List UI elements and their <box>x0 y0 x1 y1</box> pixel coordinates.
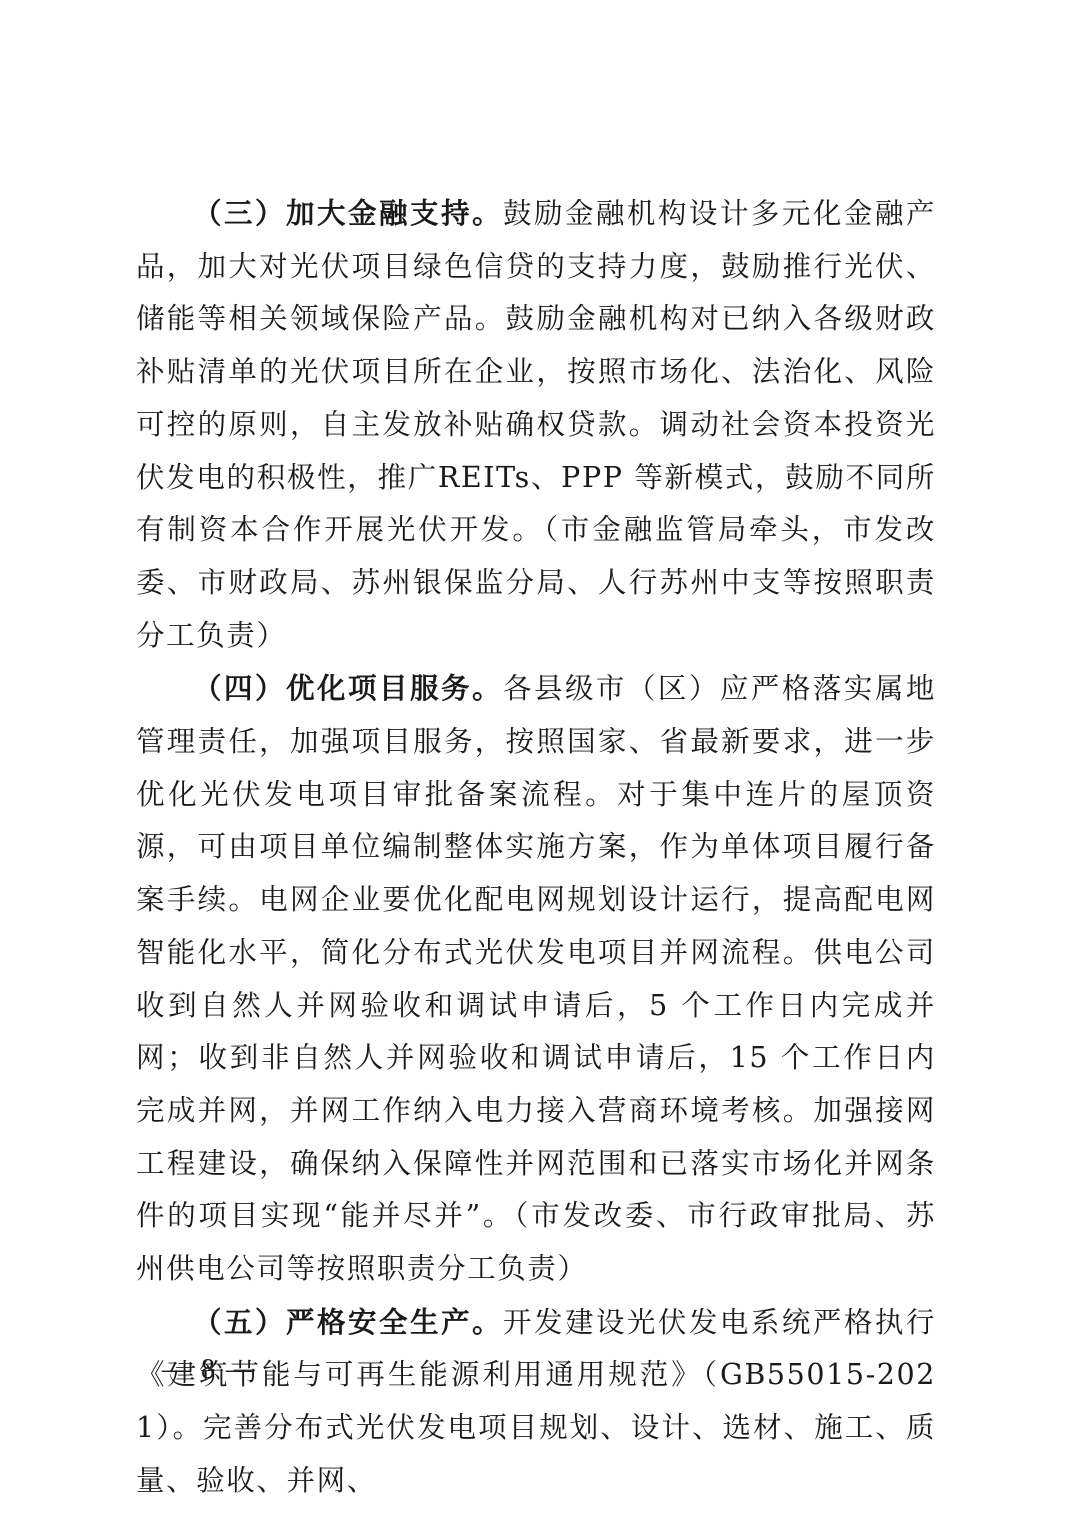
paragraph-text: 各县级市（区）应严格落实属地管理责任，加强项目服务，按照国家、省最新要求，进一步… <box>136 672 936 1285</box>
section-heading: （五）严格安全生产。 <box>193 1305 503 1339</box>
page-number: — 8 — <box>162 1350 256 1390</box>
document-body: （三）加大金融支持。鼓励金融机构设计多元化金融产品，加大对光伏项目绿色信贷的支持… <box>136 187 936 1508</box>
paragraph-safety-production: （五）严格安全生产。开发建设光伏发电系统严格执行《建筑节能与可再生能源利用通用规… <box>136 1296 936 1508</box>
section-heading: （三）加大金融支持。 <box>193 196 503 230</box>
paragraph-text: 鼓励金融机构设计多元化金融产品，加大对光伏项目绿色信贷的支持力度，鼓励推行光伏、… <box>136 197 936 652</box>
document-page: （三）加大金融支持。鼓励金融机构设计多元化金融产品，加大对光伏项目绿色信贷的支持… <box>0 0 1080 1527</box>
paragraph-project-service: （四）优化项目服务。各县级市（区）应严格落实属地管理责任，加强项目服务，按照国家… <box>136 662 936 1295</box>
section-heading: （四）优化项目服务。 <box>193 671 503 705</box>
paragraph-financial-support: （三）加大金融支持。鼓励金融机构设计多元化金融产品，加大对光伏项目绿色信贷的支持… <box>136 187 936 662</box>
